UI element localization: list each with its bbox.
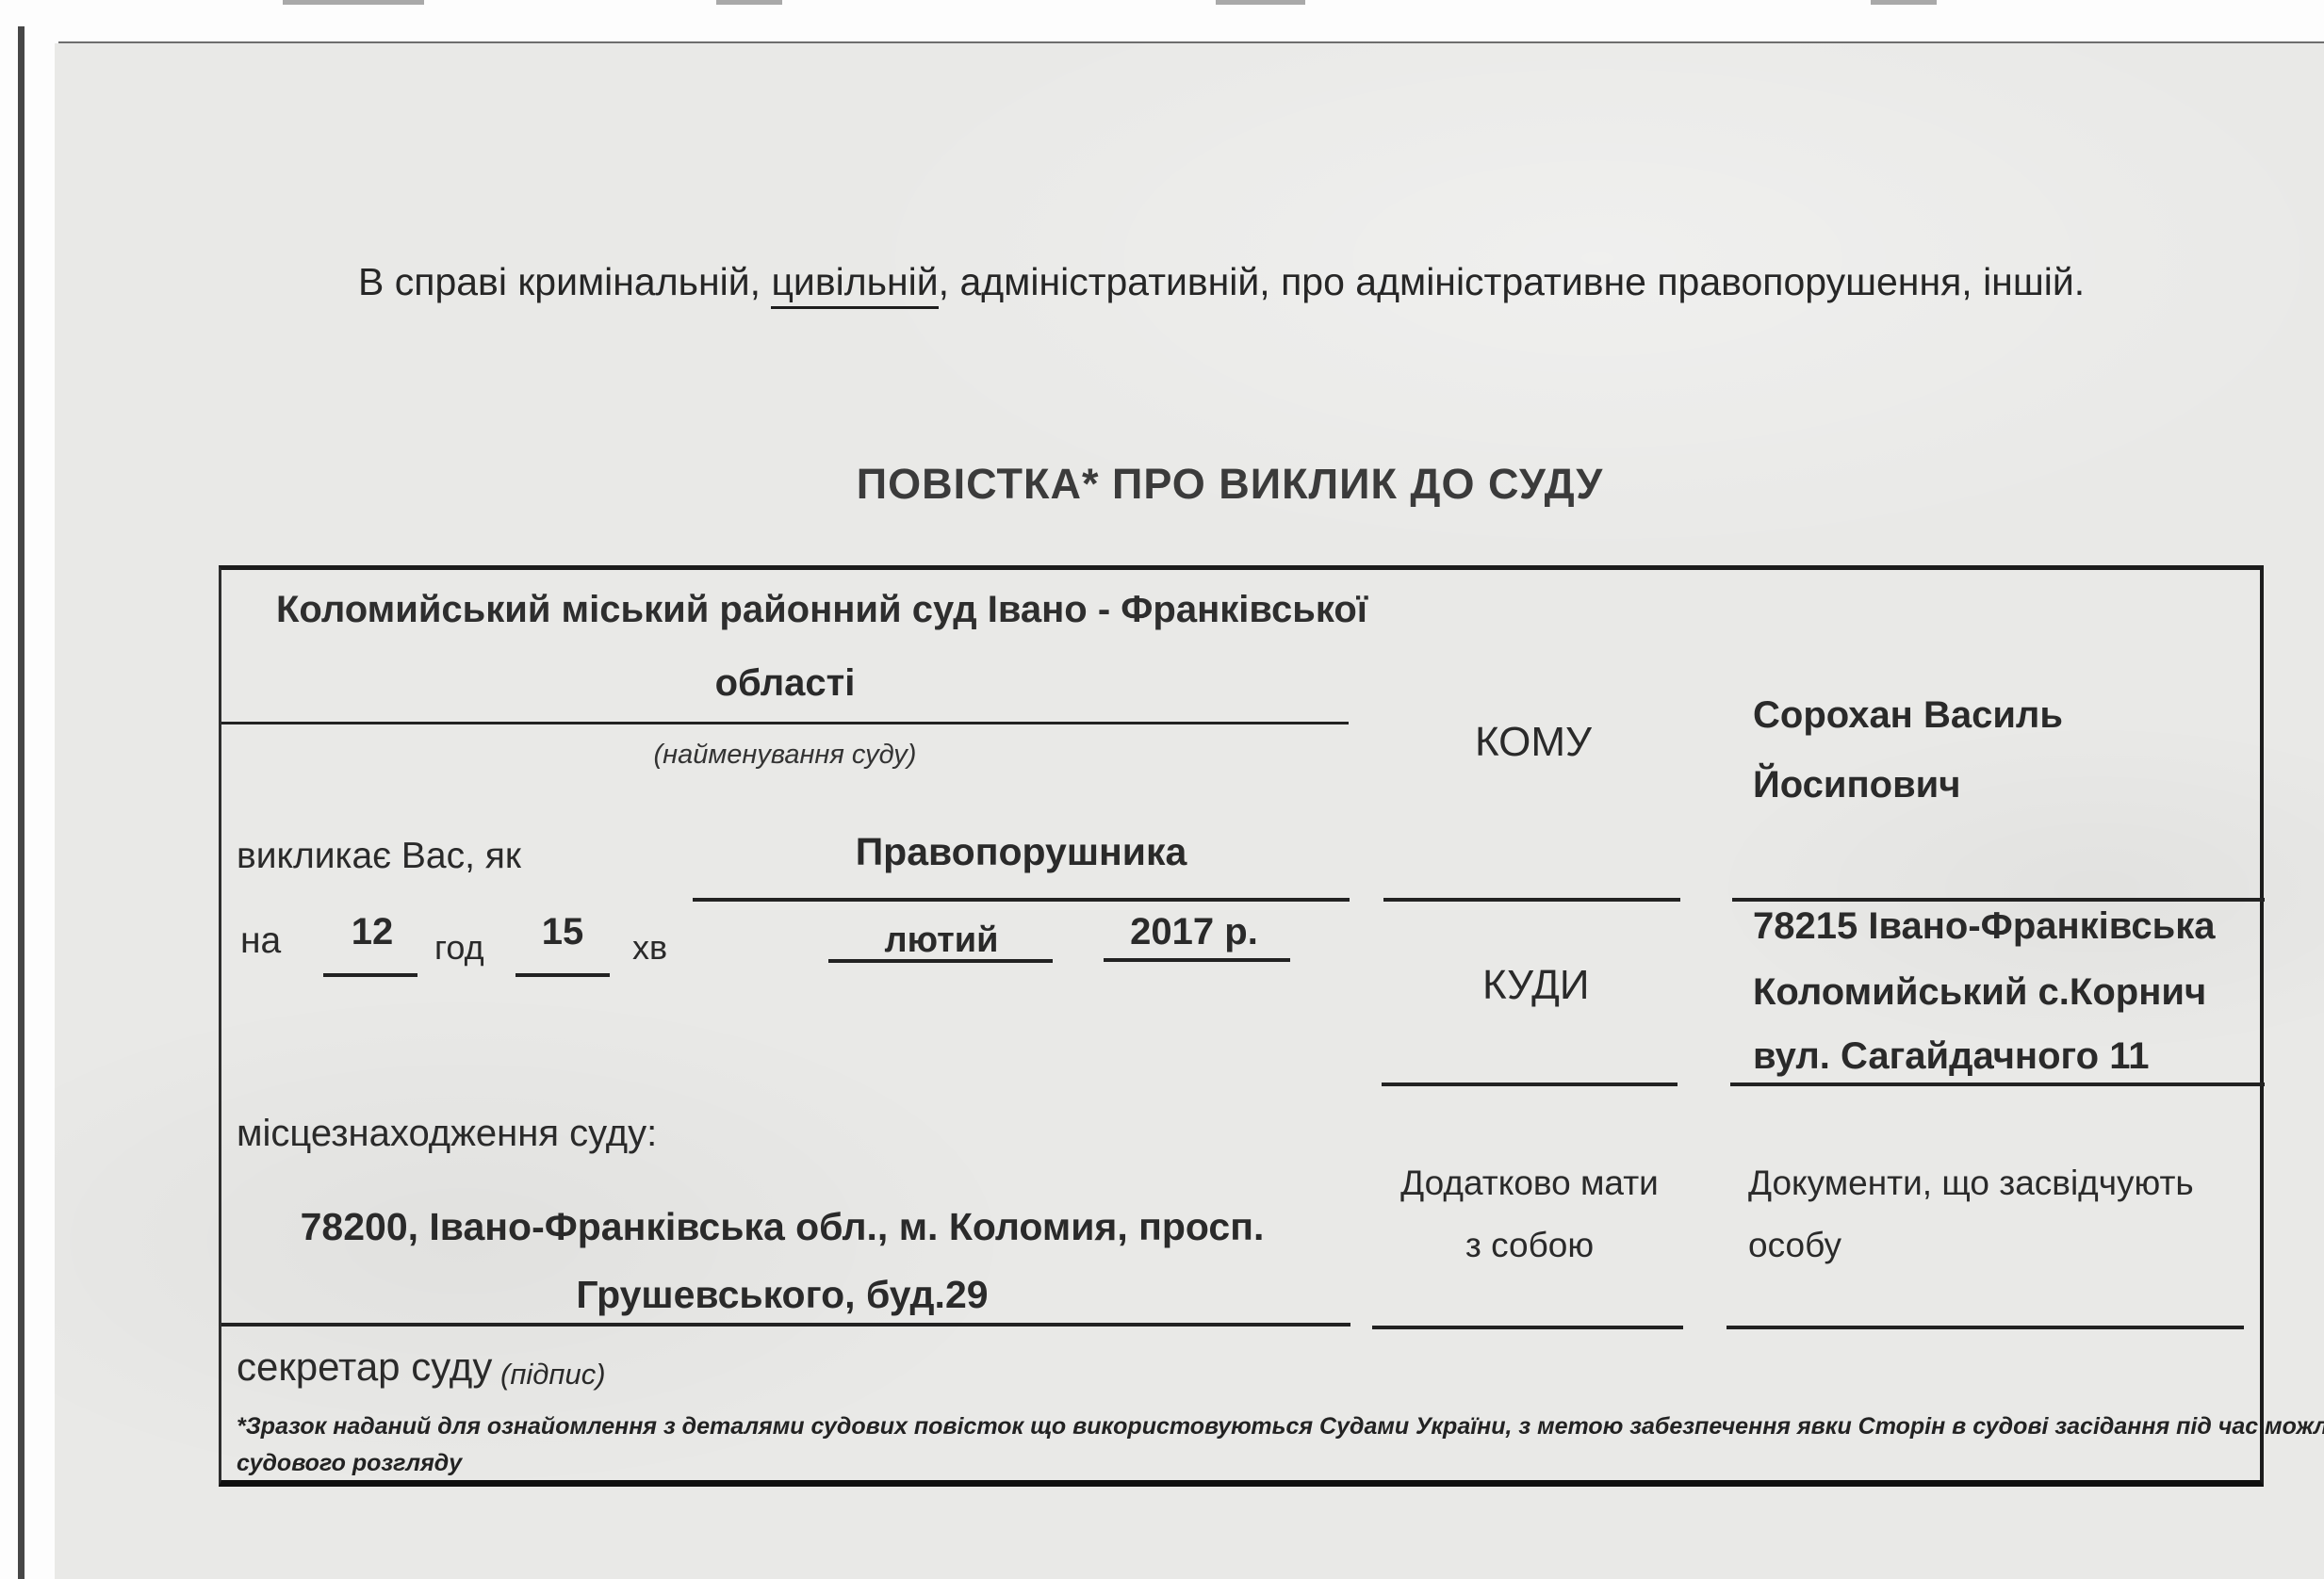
minute-value: 15 — [516, 911, 610, 953]
court-name-underline — [221, 722, 1349, 724]
minute-label: хв — [632, 928, 667, 968]
recipient-name-line1: Сорохан Василь — [1753, 694, 2063, 737]
time-prefix-label: на — [240, 920, 281, 962]
case-type-suffix: , адміністративній, про адміністративне … — [939, 260, 2085, 303]
scan-artifact — [283, 0, 424, 5]
bring-label-line2: з собою — [1382, 1226, 1678, 1265]
court-location-underline — [221, 1323, 1350, 1327]
hour-value: 12 — [327, 911, 417, 953]
hour-underline — [323, 973, 417, 977]
destination-column-underline — [1382, 1083, 1678, 1086]
secretary-label: секретар суду — [237, 1344, 492, 1390]
footnote-line2: судового розгляду — [237, 1450, 462, 1477]
court-location-line1: 78200, Івано-Франківська обл., м. Коломи… — [221, 1205, 1343, 1249]
court-name-line1: Коломийський міський районний суд Івано … — [276, 589, 1367, 631]
documents-column-underline — [1727, 1326, 2244, 1329]
recipient-column-underline — [1383, 898, 1680, 902]
case-type-prefix: В справі кримінальній, — [358, 260, 771, 303]
recipient-value-underline — [1732, 898, 2265, 902]
destination-address-line1: 78215 Івано-Франківська — [1753, 905, 2216, 948]
summons-role-value: Правопорушника — [693, 830, 1350, 874]
year-underline — [1104, 958, 1290, 962]
role-underline — [693, 898, 1350, 902]
destination-address-line3: вул. Сагайдачного 11 — [1753, 1035, 2150, 1078]
scan-artifact — [1871, 0, 1937, 5]
scan-edge-line-left — [18, 26, 25, 1579]
scan-edge-line-top — [58, 41, 2324, 43]
destination-value-underline — [1730, 1083, 2265, 1086]
minute-underline — [516, 973, 610, 977]
signature-caption: (підпис) — [500, 1358, 606, 1392]
month-value: лютий — [830, 920, 1053, 961]
court-name-caption: (найменування суду) — [221, 740, 1349, 771]
court-name-line2: області — [221, 662, 1349, 705]
scan-artifact — [716, 0, 782, 5]
destination-label: КУДИ — [1482, 962, 1590, 1009]
year-value: 2017 р. — [1098, 911, 1290, 953]
summons-as-label: викликає Вас, як — [237, 836, 521, 877]
court-location-line2: Грушевського, буд.29 — [221, 1273, 1343, 1317]
scanned-court-summons-page: В справі кримінальній, цивільній, адміні… — [0, 0, 2324, 1579]
summons-form-table: Коломийський міський районний суд Івано … — [219, 565, 2264, 1487]
bring-column-underline — [1372, 1326, 1683, 1329]
bring-label-line1: Додатково мати — [1382, 1164, 1678, 1203]
month-underline — [828, 959, 1053, 963]
hour-label: год — [434, 928, 484, 968]
scan-artifact — [1216, 0, 1305, 5]
court-location-label: місцезнаходження суду: — [237, 1113, 657, 1155]
recipient-label: КОМУ — [1475, 719, 1592, 766]
footnote-line1: *Зразок наданий для ознайомлення з детал… — [237, 1413, 2324, 1441]
bring-value-line2: особу — [1748, 1226, 1841, 1265]
case-type-line: В справі кримінальній, цивільній, адміні… — [358, 260, 2085, 304]
recipient-name-line2: Йосипович — [1753, 764, 1961, 806]
case-type-underlined-civil: цивільній — [771, 260, 938, 309]
destination-address-line2: Коломийський с.Корнич — [1753, 971, 2206, 1014]
bring-value-line1: Документи, що засвідчують — [1748, 1164, 2194, 1203]
page-title: ПОВІСТКА* ПРО ВИКЛИК ДО СУДУ — [801, 460, 1659, 509]
